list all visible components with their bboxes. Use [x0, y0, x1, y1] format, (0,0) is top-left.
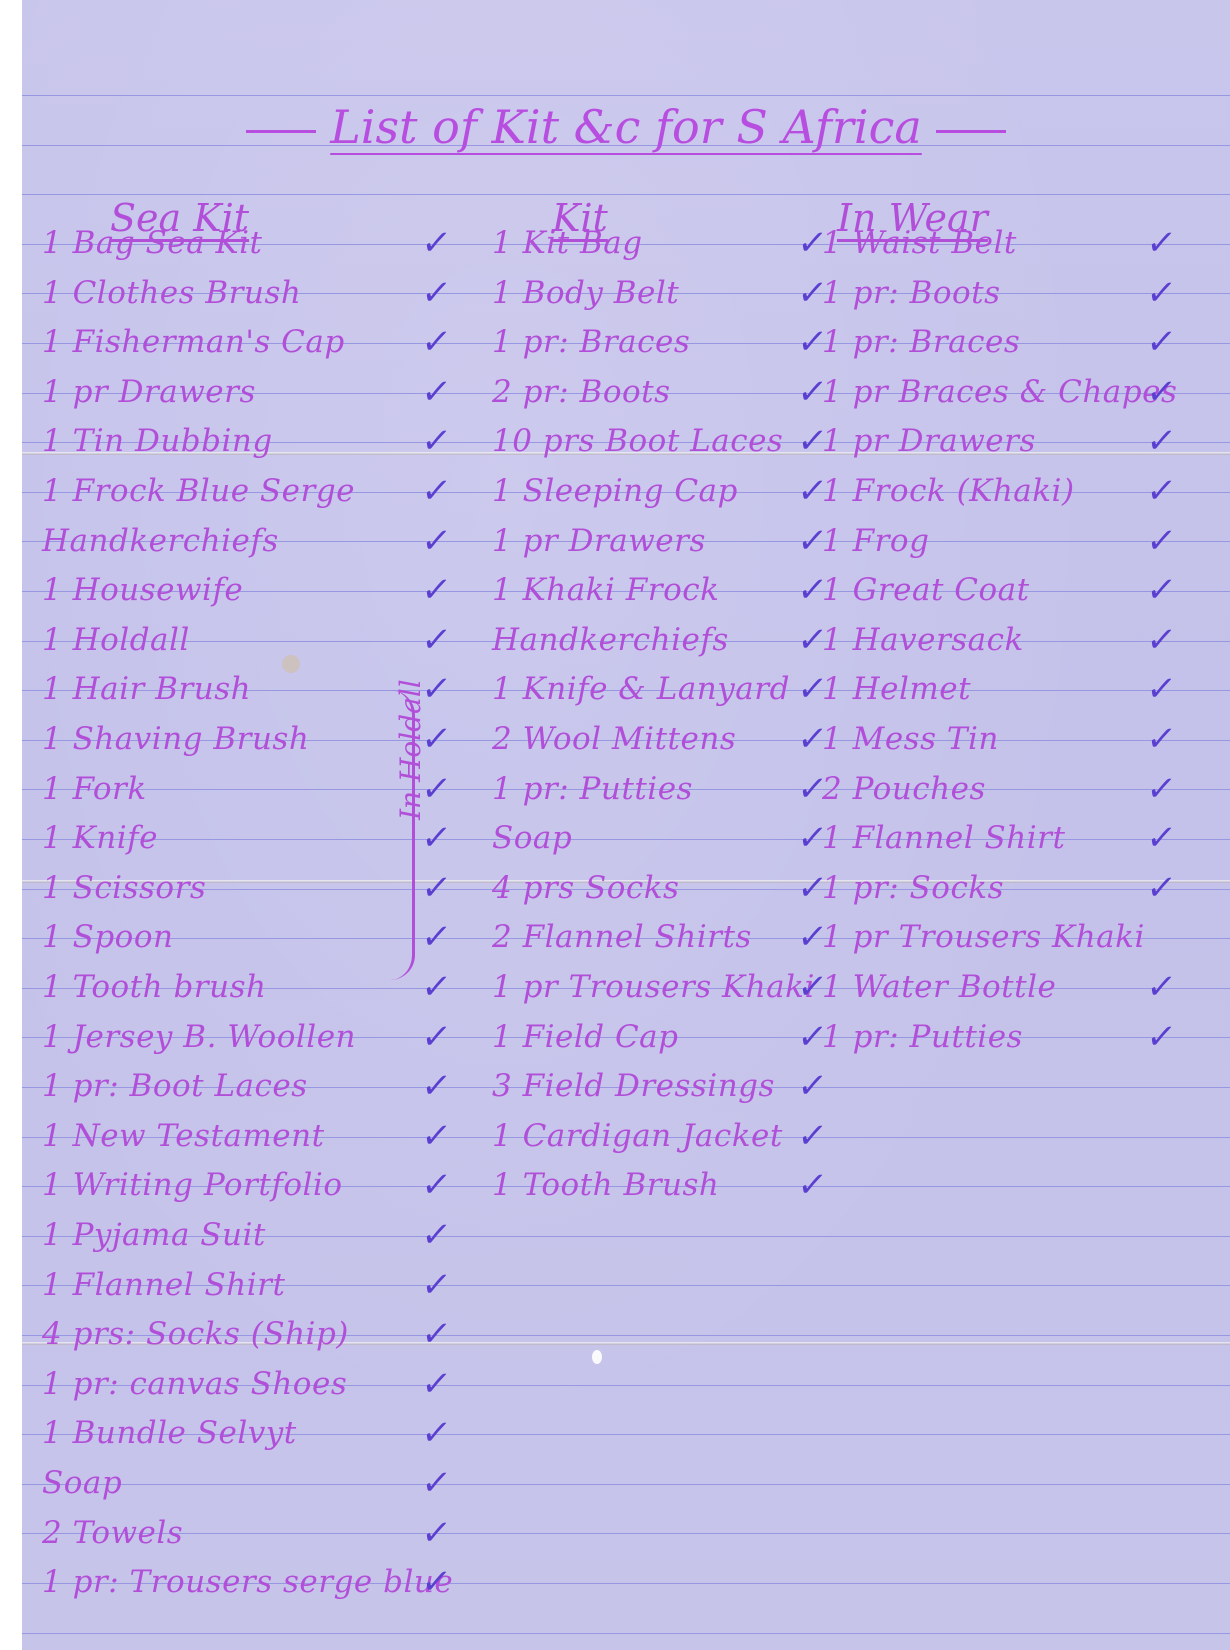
list-item: 1 Fisherman's Cap	[42, 317, 345, 367]
list-item: 1 Bundle Selvyt	[42, 1408, 297, 1458]
check-mark-icon: ✓	[418, 962, 454, 1012]
list-item: 1 pr: Trousers serge blue	[42, 1557, 453, 1607]
check-mark-icon: ✓	[418, 268, 454, 318]
list-item: 1 Knife	[42, 813, 158, 863]
ruled-line	[22, 1533, 1230, 1534]
check-mark-icon: ✓	[418, 1408, 454, 1458]
check-mark-icon: ✓	[1143, 416, 1179, 466]
check-mark-icon: ✓	[418, 1061, 454, 1111]
list-item: 1 pr Drawers	[492, 516, 706, 566]
list-item: 1 pr: Putties	[822, 1012, 1023, 1062]
list-item: 1 New Testament	[42, 1111, 325, 1161]
list-item: 1 pr: Socks	[822, 863, 1004, 913]
check-mark-icon: ✓	[418, 1160, 454, 1210]
check-mark-icon: ✓	[1143, 813, 1179, 863]
list-item: 1 pr Drawers	[42, 367, 256, 417]
check-mark-icon: ✓	[418, 1012, 454, 1062]
list-item: 1 Water Bottle	[822, 962, 1056, 1012]
list-item: 1 Flannel Shirt	[42, 1260, 285, 1310]
check-mark-icon: ✓	[418, 367, 454, 417]
list-item: 1 Helmet	[822, 664, 971, 714]
list-item: 1 Frog	[822, 516, 929, 566]
check-mark-icon: ✓	[418, 1309, 454, 1359]
check-mark-icon: ✓	[418, 516, 454, 566]
list-item: 1 pr: Boots	[822, 268, 1001, 318]
check-mark-icon: ✓	[1143, 764, 1179, 814]
list-item: 1 Cardigan Jacket	[492, 1111, 783, 1161]
list-item: 1 pr: Boot Laces	[42, 1061, 308, 1111]
list-item: 1 Haversack	[822, 615, 1024, 665]
check-mark-icon: ✓	[418, 416, 454, 466]
check-mark-icon: ✓	[418, 912, 454, 962]
list-item: 3 Field Dressings	[492, 1061, 775, 1111]
list-item: Soap	[492, 813, 572, 863]
list-item: 1 Great Coat	[822, 565, 1030, 615]
list-item: 1 Pyjama Suit	[42, 1210, 266, 1260]
list-item: Handkerchiefs	[492, 615, 729, 665]
check-mark-icon: ✓	[418, 1111, 454, 1161]
list-item: 4 prs: Socks (Ship)	[42, 1309, 349, 1359]
check-mark-icon: ✓	[1143, 466, 1179, 516]
list-item: 2 Pouches	[822, 764, 986, 814]
list-item: 1 Jersey B. Woollen	[42, 1012, 356, 1062]
list-item: 1 Waist Belt	[822, 218, 1017, 268]
check-mark-icon: ✓	[1143, 317, 1179, 367]
list-item: 2 Wool Mittens	[492, 714, 736, 764]
check-mark-icon: ✓	[1143, 268, 1179, 318]
list-item: 1 Hair Brush	[42, 664, 251, 714]
list-item: 1 pr: Braces	[492, 317, 690, 367]
holdall-note: In Holdall	[394, 679, 427, 820]
list-item: 2 pr: Boots	[492, 367, 671, 417]
list-item: 1 pr: canvas Shoes	[42, 1359, 347, 1409]
list-item: 1 Clothes Brush	[42, 268, 301, 318]
check-mark-icon: ✓	[1143, 962, 1179, 1012]
list-item: 1 Khaki Frock	[492, 565, 719, 615]
check-mark-icon: ✓	[418, 1210, 454, 1260]
list-item: 4 prs Socks	[492, 863, 679, 913]
list-item: 1 pr: Braces	[822, 317, 1020, 367]
ruled-line	[22, 1633, 1230, 1634]
list-item: 1 pr Trousers Khaki	[822, 912, 1145, 962]
check-mark-icon: ✓	[794, 1160, 830, 1210]
list-item: 1 Sleeping Cap	[492, 466, 738, 516]
list-item: 1 Tin Dubbing	[42, 416, 273, 466]
title-dash	[936, 130, 1006, 133]
check-mark-icon: ✓	[1143, 516, 1179, 566]
list-item: 1 pr: Putties	[492, 764, 693, 814]
ruled-line	[22, 1484, 1230, 1485]
check-mark-icon: ✓	[1143, 863, 1179, 913]
title-dash	[246, 130, 316, 133]
check-mark-icon: ✓	[418, 615, 454, 665]
paper-stain	[282, 655, 300, 673]
list-item: 1 Tooth Brush	[492, 1160, 719, 1210]
check-mark-icon: ✓	[794, 1111, 830, 1161]
list-item: 2 Towels	[42, 1508, 183, 1558]
list-item: Soap	[42, 1458, 122, 1508]
list-item: 10 prs Boot Laces	[492, 416, 783, 466]
ruled-line	[22, 95, 1230, 96]
check-mark-icon: ✓	[418, 466, 454, 516]
list-item: 1 pr Braces & Chapes	[822, 367, 1177, 417]
check-mark-icon: ✓	[418, 813, 454, 863]
check-mark-icon: ✓	[418, 1458, 454, 1508]
check-mark-icon: ✓	[418, 565, 454, 615]
list-item: 1 Knife & Lanyard	[492, 664, 790, 714]
list-item: 1 pr Drawers	[822, 416, 1036, 466]
list-item: 1 Scissors	[42, 863, 206, 913]
list-item: 1 Spoon	[42, 912, 173, 962]
check-mark-icon: ✓	[1143, 565, 1179, 615]
paper-tear	[592, 1350, 602, 1364]
check-mark-icon: ✓	[418, 1359, 454, 1409]
list-item: 1 Field Cap	[492, 1012, 679, 1062]
check-mark-icon: ✓	[1143, 1012, 1179, 1062]
list-item: 1 Shaving Brush	[42, 714, 309, 764]
list-item: 1 pr Trousers Khaki	[492, 962, 815, 1012]
list-item: 1 Tooth brush	[42, 962, 266, 1012]
list-item: 1 Writing Portfolio	[42, 1160, 343, 1210]
list-item: Handkerchiefs	[42, 516, 279, 566]
list-item: 1 Kit Bag	[492, 218, 643, 268]
check-mark-icon: ✓	[1143, 664, 1179, 714]
list-item: 2 Flannel Shirts	[492, 912, 752, 962]
list-item: 1 Fork	[42, 764, 147, 814]
ruled-line	[22, 194, 1230, 195]
list-item: 1 Flannel Shirt	[822, 813, 1065, 863]
list-item: 1 Frock Blue Serge	[42, 466, 355, 516]
paper-sheet: List of Kit &c for S Africa Sea Kit Kit …	[22, 0, 1230, 1650]
check-mark-icon: ✓	[418, 1508, 454, 1558]
list-item: 1 Bag Sea Kit	[42, 218, 263, 268]
document-title: List of Kit &c for S Africa	[22, 100, 1230, 154]
check-mark-icon: ✓	[418, 218, 454, 268]
title-text: List of Kit &c for S Africa	[330, 100, 922, 154]
list-item: 1 Holdall	[42, 615, 190, 665]
list-item: 1 Housewife	[42, 565, 243, 615]
check-mark-icon: ✓	[794, 1061, 830, 1111]
list-item: 1 Mess Tin	[822, 714, 999, 764]
list-item: 1 Body Belt	[492, 268, 679, 318]
check-mark-icon: ✓	[418, 1260, 454, 1310]
check-mark-icon: ✓	[418, 863, 454, 913]
check-mark-icon: ✓	[418, 317, 454, 367]
check-mark-icon: ✓	[1143, 615, 1179, 665]
check-mark-icon: ✓	[1143, 218, 1179, 268]
check-mark-icon: ✓	[1143, 714, 1179, 764]
list-item: 1 Frock (Khaki)	[822, 466, 1075, 516]
